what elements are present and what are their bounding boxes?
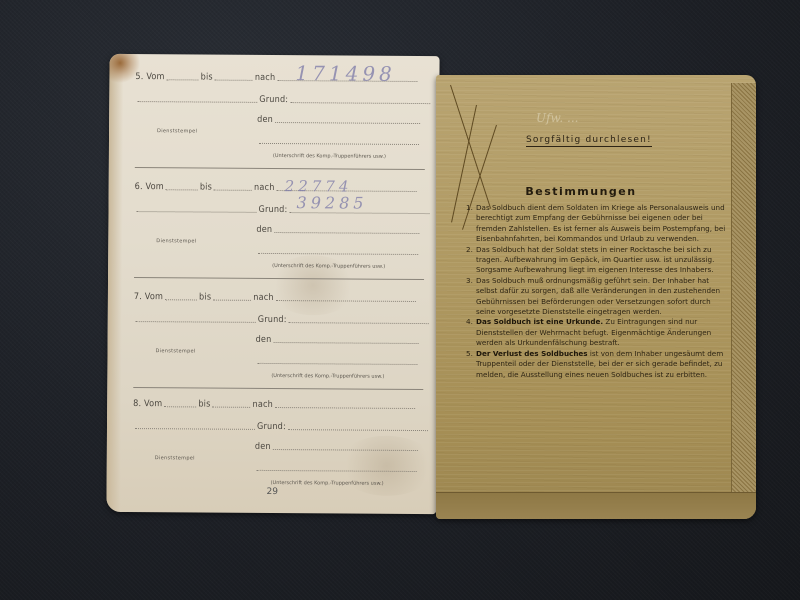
signature-field bbox=[259, 143, 419, 145]
vom-field bbox=[166, 189, 198, 190]
cover-edge-right bbox=[731, 83, 756, 519]
rule-bold: Der Verlust des Soldbuches bbox=[476, 349, 588, 358]
den-field bbox=[273, 342, 418, 344]
bis-label: bis bbox=[198, 399, 210, 409]
rule-item: 2. Das Soldbuch hat der Soldat stets in … bbox=[466, 245, 728, 276]
den-field bbox=[274, 232, 419, 234]
nach-label: nach bbox=[255, 73, 276, 83]
grund-field bbox=[288, 429, 428, 431]
instruction-heading: Sorgfältig durchlesen! bbox=[526, 135, 652, 147]
den-label: den bbox=[256, 225, 272, 235]
rule-number: 1. bbox=[466, 203, 476, 245]
separator bbox=[134, 277, 424, 280]
vom-field bbox=[167, 79, 199, 80]
vom-field bbox=[165, 299, 197, 300]
grund-field bbox=[289, 322, 429, 324]
entry-6: 6. Vom bis nach 22774 Grund: 39285 den D… bbox=[134, 182, 425, 296]
vom-label: 7. Vom bbox=[134, 292, 163, 302]
right-page: Ufw. ... Sorgfältig durchlesen! Bestimmu… bbox=[436, 75, 756, 519]
grund-field bbox=[290, 102, 430, 104]
bis-label: bis bbox=[201, 72, 213, 82]
rule-item: 5. Der Verlust des Soldbuches ist von de… bbox=[466, 349, 728, 380]
handwritten-grund: 39285 bbox=[297, 193, 368, 212]
rule-number: 2. bbox=[466, 245, 476, 276]
den-label: den bbox=[255, 442, 271, 452]
vom-field bbox=[164, 406, 196, 407]
regulations-title: Bestimmungen bbox=[436, 185, 726, 198]
handwritten-nach: 171498 bbox=[295, 61, 396, 86]
den-label: den bbox=[257, 115, 273, 125]
nach-label: nach bbox=[253, 400, 274, 410]
grund-label: Grund: bbox=[258, 315, 287, 325]
signature-caption: (Unterschrift des Komp.-Truppenführers u… bbox=[272, 263, 385, 270]
signature-field bbox=[258, 253, 418, 255]
rule-item: 4. Das Soldbuch ist eine Urkunde. Zu Ein… bbox=[466, 317, 728, 348]
cover-edge-bottom bbox=[436, 492, 756, 519]
rule-bold: Das Soldbuch ist eine Urkunde. bbox=[476, 317, 603, 326]
entry-7: 7. Vom bis nach Grund: den Dienststempel… bbox=[133, 292, 424, 406]
signature-caption: (Unterschrift des Komp.-Truppenführers u… bbox=[271, 480, 384, 487]
rule-item: 3. Das Soldbuch muß ordnungsmäßig geführ… bbox=[466, 276, 728, 318]
signature-caption: (Unterschrift des Komp.-Truppenführers u… bbox=[271, 373, 384, 380]
rule-number: 3. bbox=[466, 276, 476, 318]
den-field bbox=[275, 122, 420, 124]
den-field bbox=[273, 449, 418, 451]
signature-caption: (Unterschrift des Komp.-Truppenführers u… bbox=[273, 153, 386, 160]
nach-label: nach bbox=[254, 183, 275, 193]
vom-field-line2 bbox=[135, 428, 255, 430]
stamp-label: Dienststempel bbox=[156, 348, 196, 354]
nach-field bbox=[276, 300, 416, 302]
bis-field bbox=[215, 80, 253, 81]
rule-text: Das Soldbuch hat der Soldat stets in ein… bbox=[476, 245, 714, 275]
grund-label: Grund: bbox=[258, 205, 287, 215]
rule-item: 1. Das Soldbuch dient dem Soldaten im Kr… bbox=[466, 203, 728, 245]
nach-field bbox=[275, 407, 415, 409]
bis-field bbox=[213, 300, 251, 301]
stamp-label: Dienststempel bbox=[156, 238, 196, 244]
entry-5: 5. Vom bis nach 171498 Grund: den Dienst… bbox=[135, 72, 426, 186]
signature-field bbox=[257, 470, 417, 472]
rule-number: 5. bbox=[466, 349, 476, 380]
left-page: 5. Vom bis nach 171498 Grund: den Dienst… bbox=[106, 54, 439, 514]
den-label: den bbox=[256, 335, 272, 345]
separator bbox=[133, 387, 423, 390]
signature-field bbox=[257, 363, 417, 365]
faded-handwritten-note: Ufw. ... bbox=[536, 111, 578, 125]
vom-field-line2 bbox=[137, 101, 257, 103]
page-number: 29 bbox=[267, 487, 279, 497]
rule-text: Das Soldbuch dient dem Soldaten im Krieg… bbox=[476, 203, 725, 243]
rule-text: Das Soldbuch muß ordnungsmäßig geführt s… bbox=[476, 276, 720, 316]
grund-label: Grund: bbox=[257, 422, 286, 432]
separator bbox=[135, 167, 425, 170]
vom-label: 8. Vom bbox=[133, 399, 162, 409]
bis-label: bis bbox=[200, 182, 212, 192]
rule-number: 4. bbox=[466, 317, 476, 348]
bis-label: bis bbox=[199, 292, 211, 302]
stamp-label: Dienststempel bbox=[155, 455, 195, 461]
nach-label: nach bbox=[253, 293, 274, 303]
bis-field bbox=[214, 190, 252, 191]
vom-field-line2 bbox=[136, 321, 256, 323]
regulations-list: 1. Das Soldbuch dient dem Soldaten im Kr… bbox=[466, 203, 728, 380]
vom-label: 5. Vom bbox=[135, 72, 164, 82]
stamp-label: Dienststempel bbox=[157, 128, 197, 134]
vom-field-line2 bbox=[136, 211, 256, 213]
grund-label: Grund: bbox=[259, 95, 288, 105]
bis-field bbox=[213, 407, 251, 408]
vom-label: 6. Vom bbox=[135, 182, 164, 192]
